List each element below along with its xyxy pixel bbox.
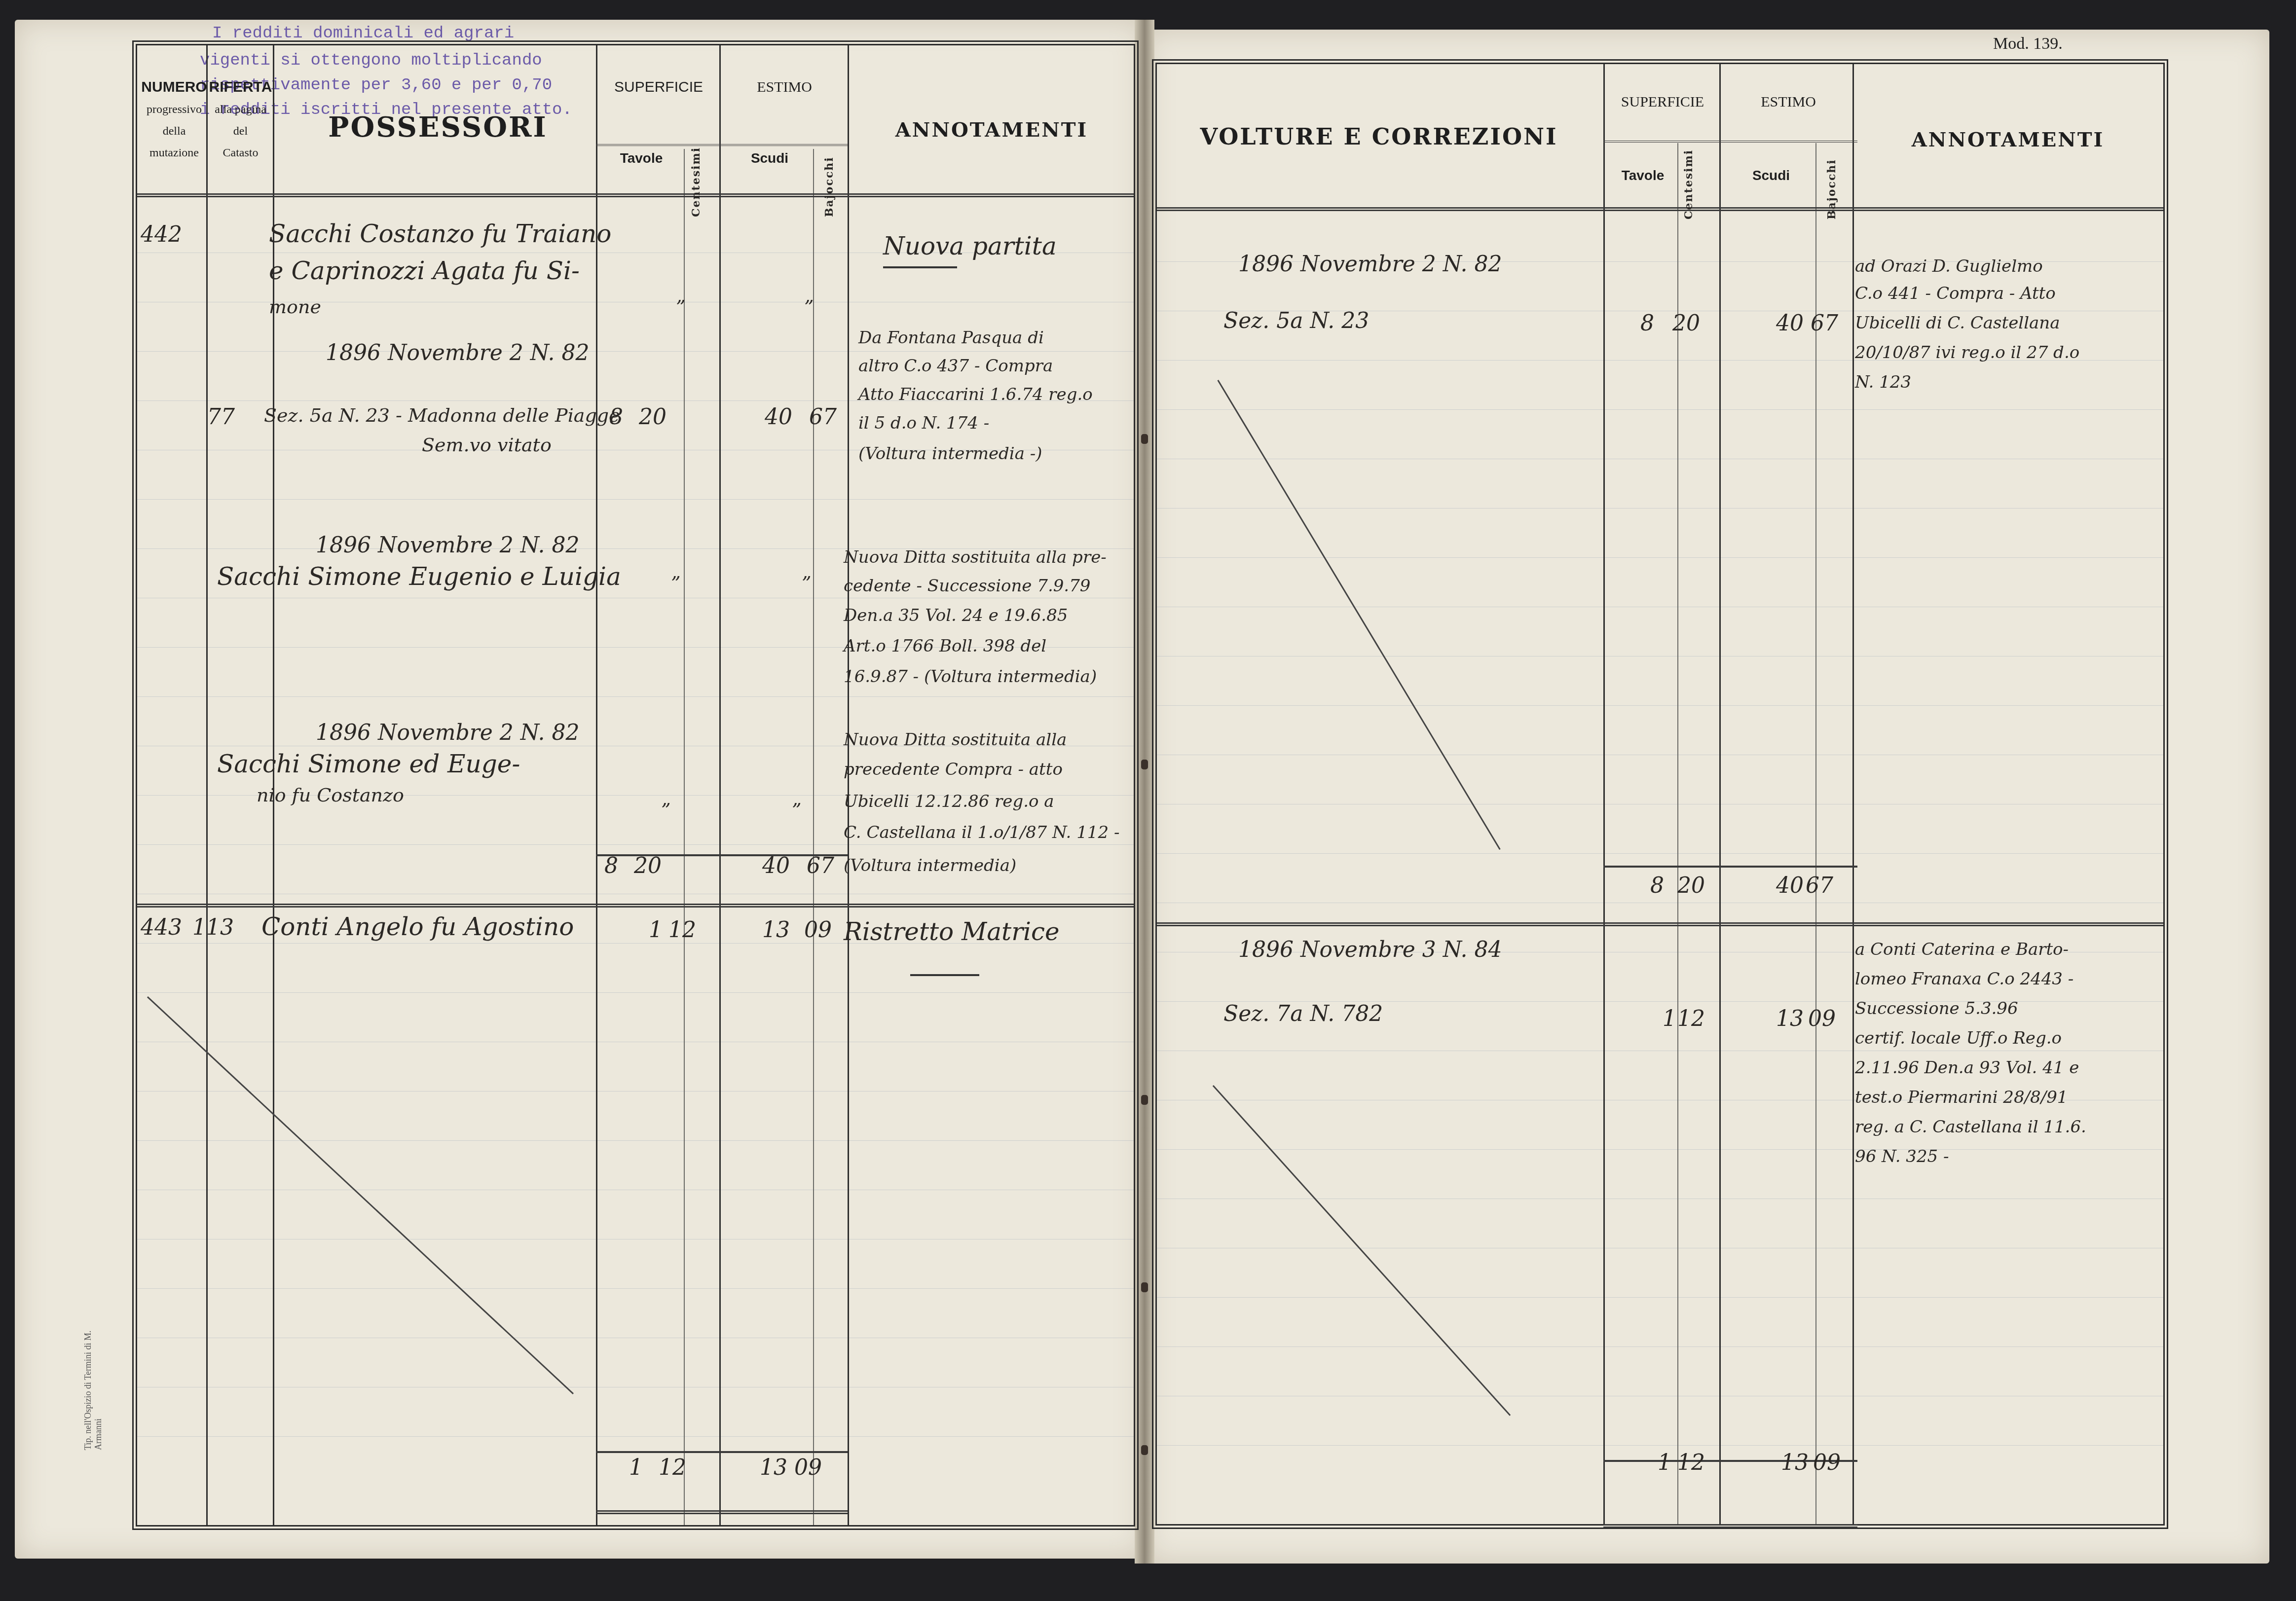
ditto-mark: ”	[804, 296, 814, 318]
entry-443-centesimi: 12	[668, 917, 696, 943]
underline	[910, 974, 979, 976]
entry-442-possessore-line: Sacchi Costanzo fu Traiano	[269, 219, 611, 248]
ditto-mark: ”	[671, 572, 680, 594]
header-numero-sub: progressivodellamutazione	[140, 99, 209, 164]
header-bajocchi: Bajocchi	[1825, 150, 1838, 219]
entry-centesimi: 20	[639, 404, 667, 430]
voltura-bajocchi: 09	[1808, 1006, 1836, 1031]
header-volture-correzioni: VOLTURE E CORREZIONI	[1154, 123, 1603, 150]
underline	[883, 266, 957, 268]
entry-443-tavole: 1	[649, 917, 663, 943]
voltura-parcel: Sez. 7a N. 782	[1223, 1001, 1383, 1026]
entry-tavole: 8	[609, 404, 623, 430]
header-superficie: SUPERFICIE	[597, 79, 720, 96]
entry-443-numero: 443	[141, 915, 182, 940]
entry-parcel-line: Sez. 5a N. 23 - Madonna delle Piagge	[264, 404, 620, 426]
header-centesimi: Centesimi	[1682, 150, 1695, 219]
printer-imprint: Tip. nell'Ospizio di Termini di M. Arman…	[83, 1307, 104, 1450]
entry-parcel-line: Sem.vo vitato	[422, 434, 552, 456]
entry-443-riferta: 113	[192, 915, 234, 940]
header-tavole: Tavole	[1606, 168, 1680, 183]
entry-442-possessore-line: mone	[269, 296, 321, 318]
header-annotamenti: ANNOTAMENTI	[1855, 128, 2161, 151]
voltura-tavole: 8	[1640, 311, 1654, 336]
voltura-scudi: 13	[1776, 1006, 1804, 1031]
entry-scudi: 40	[765, 404, 792, 430]
ditto-mark: ”	[802, 572, 811, 594]
entry-date: 1896 Novembre 2 N. 82	[326, 340, 589, 365]
voltura-scudi: 40	[1776, 311, 1804, 336]
ditto-mark: ”	[661, 799, 670, 821]
entry-riferta: 77	[207, 404, 235, 430]
header-annotamenti: ANNOTAMENTI	[853, 118, 1130, 142]
header-possessori: POSSESSORI	[276, 111, 599, 144]
entry-bajocchi: 67	[809, 404, 837, 430]
entry-possessore-line: nio fu Costanzo	[257, 784, 404, 806]
voltura-date: 1896 Novembre 3 N. 84	[1238, 937, 1502, 962]
binding-stitch	[1141, 1095, 1148, 1105]
voltura-bajocchi: 67	[1811, 311, 1838, 336]
voltura-tavole: 1	[1663, 1006, 1676, 1031]
form-code: Mod. 139.	[1993, 35, 2063, 53]
binding-stitch	[1141, 760, 1148, 769]
ditto-mark: ”	[676, 296, 685, 318]
entry-443-scudi: 13	[762, 917, 790, 943]
entry-possessore: Sacchi Simone Eugenio e Luigia	[217, 562, 621, 591]
entry-442-possessore-line: e Caprinozzi Agata fu Si-	[269, 256, 580, 285]
voltura-date: 1896 Novembre 2 N. 82	[1238, 252, 1502, 277]
entry-443-bajocchi: 09	[804, 917, 832, 943]
voltura-centesimi: 12	[1677, 1006, 1705, 1031]
header-centesimi: Centesimi	[690, 148, 703, 217]
binding-stitch	[1141, 1282, 1148, 1292]
header-estimo: ESTIMO	[720, 79, 849, 96]
header-bajocchi: Bajocchi	[823, 148, 836, 217]
header-riferta-sub: alla paginadelCatasto	[207, 99, 274, 164]
header-estimo: ESTIMO	[1722, 94, 1855, 110]
entry-442-numero: 442	[141, 222, 182, 247]
header-riferta: RIFERTA	[207, 79, 274, 96]
entry-442-annotamento-title: Nuova partita	[883, 232, 1057, 260]
header-numero: NUMERO	[140, 79, 209, 96]
binding-stitch	[1141, 1445, 1148, 1455]
ditto-mark: ”	[792, 799, 801, 821]
entry-443-annotamento: Ristretto Matrice	[844, 917, 1060, 946]
header-superficie: SUPERFICIE	[1603, 94, 1722, 110]
right-table	[1152, 59, 2168, 1529]
entry-possessore-line: Sacchi Simone ed Euge-	[217, 750, 520, 778]
entry-date: 1896 Novembre 2 N. 82	[316, 720, 579, 745]
entry-date: 1896 Novembre 2 N. 82	[316, 533, 579, 558]
voltura-parcel: Sez. 5a N. 23	[1223, 308, 1369, 333]
header-tavole: Tavole	[599, 150, 683, 166]
header-scudi: Scudi	[1722, 168, 1820, 183]
binding-stitch	[1141, 434, 1148, 444]
header-scudi: Scudi	[723, 150, 816, 166]
voltura-centesimi: 20	[1672, 311, 1700, 336]
entry-443-possessore: Conti Angelo fu Agostino	[261, 912, 574, 941]
